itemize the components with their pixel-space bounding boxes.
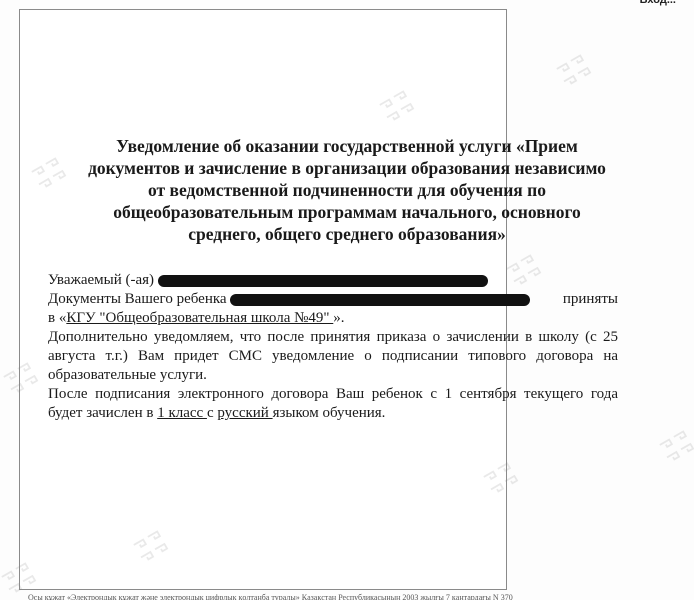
grade-value: 1 класс <box>157 405 207 421</box>
ornament-watermark-icon <box>651 421 694 470</box>
redacted-parent-name <box>158 275 488 287</box>
paragraph-enrollment: После подписания электронного договора В… <box>48 385 618 423</box>
documents-line: Документы Вашего ребенка приняты <box>48 290 618 309</box>
ornament-watermark-icon <box>548 45 597 94</box>
corner-label: Вход... <box>640 0 676 6</box>
document-title: Уведомление об оказании государственной … <box>26 135 668 245</box>
greeting-line: Уважаемый (-ая) <box>48 271 618 290</box>
document-body: Уважаемый (-ая) Документы Вашего ребенка… <box>48 271 618 423</box>
title-line: Уведомление об оказании государственной … <box>26 135 668 157</box>
school-line: в «КГУ "Общеобразовательная школа №49" »… <box>48 309 618 328</box>
footer-note: Осы құжат «Электрондық құжат және электр… <box>28 593 513 600</box>
title-line: от ведомственной подчиненности для обуче… <box>26 179 668 201</box>
redacted-child-name <box>230 294 530 306</box>
title-line: среднего, общего среднего образования» <box>26 223 668 245</box>
school-name: КГУ "Общеобразовательная школа №49" <box>66 310 333 326</box>
title-line: документов и зачисление в организации об… <box>26 157 668 179</box>
paragraph-sms-notice: Дополнительно уведомляем, что после прин… <box>48 328 618 385</box>
language-value: русский <box>217 405 272 421</box>
title-line: общеобразовательным программам начальног… <box>26 201 668 223</box>
